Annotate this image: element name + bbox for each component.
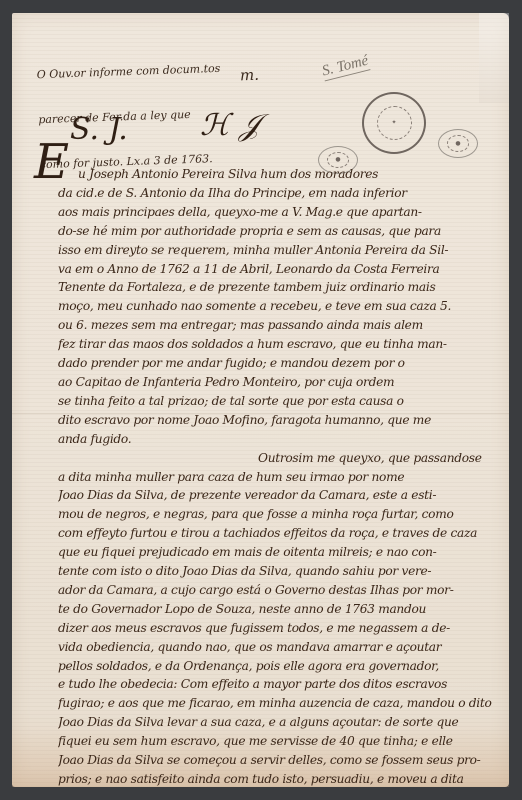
body-line: anda fugido. [58, 430, 508, 449]
body-line: mou de negros, e negras, para que fosse … [58, 505, 508, 524]
margin-note-line: parecer de Fer.da a ley que [38, 106, 222, 127]
body-line: que eu fiquei prejudicado em mais de oit… [58, 543, 508, 562]
body-line: ao Capitao de Infanteria Pedro Monteiro,… [58, 373, 508, 392]
body-line: Joao Dias da Silva se começou a servir d… [58, 751, 508, 770]
body-line: Joao Dias da Silva, de prezente vereador… [58, 486, 508, 505]
body-line: dado prender por me andar fugido; e mand… [58, 354, 508, 373]
stamp-emblem-icon: ● [447, 135, 470, 152]
body-line: va em o Anno de 1762 a 11 de Abril, Leon… [58, 260, 508, 279]
body-line: fugirao; e aos que me ficarao, em minha … [58, 694, 508, 713]
stamp-emblem-icon: ✦ [377, 106, 412, 140]
body-line: ador da Camara, a cujo cargo está o Gove… [58, 581, 508, 600]
body-line: Tenente da Fortaleza, e de prezente tamb… [58, 278, 508, 297]
body-line: fiquei eu sem hum escravo, que me servis… [58, 732, 508, 751]
body-line: isso em direyto se requerem, minha mulle… [58, 241, 508, 260]
margin-number: m. [240, 68, 260, 84]
body-line: do-se hé mim por authoridade propria e s… [58, 222, 508, 241]
heading-flourish-text: S. J. [70, 112, 128, 147]
body-line: te do Governador Lopo de Souza, neste an… [58, 600, 508, 619]
page-corner-fold [479, 13, 509, 103]
body-line: Joao Dias da Silva levar a sua caza, e a… [58, 713, 508, 732]
body-line: com effeyto furtou e tirou a tachiados e… [58, 524, 508, 543]
petition-body: u Joseph Antonio Pereira Silva hum dos m… [58, 165, 508, 789]
body-line: dito escravo por nome Joao Mofino, farag… [58, 411, 508, 430]
body-line: aos mais principaes della, queyxo-me a V… [58, 203, 508, 222]
body-line: se tinha feito a tal prizao; de tal sort… [58, 392, 508, 411]
body-line: fez tirar das maos dos soldados a hum es… [58, 335, 508, 354]
margin-note-line: O Ouv.or informe com docum.tos [36, 61, 220, 82]
body-line: ou 6. mezes sem ma entregar; mas passand… [58, 316, 508, 335]
body-line: da cid.e de S. Antonio da Ilha do Princi… [58, 184, 508, 203]
body-line: tente com isto o dito Joao Dias da Silva… [58, 562, 508, 581]
body-line: a dita minha muller para caza de hum seu… [58, 468, 508, 487]
body-line: vida obediencia, quando nao, que os mand… [58, 638, 508, 657]
signature-flourish: ℋ 𝒥 [200, 108, 260, 143]
body-line: e tudo lhe obedecia: Com effeito a mayor… [58, 675, 508, 694]
body-line: moço, meu cunhado nao somente a recebeu,… [58, 297, 508, 316]
body-line: dizer aos meus escravos que fugissem tod… [58, 619, 508, 638]
library-stamp-large: ✦ [362, 92, 426, 154]
heading-flourish: S. J. [70, 112, 128, 147]
body-line: pellos soldados, e da Ordenança, pois el… [58, 657, 508, 676]
body-line: prios; e nao satisfeito ainda com tudo i… [58, 770, 508, 789]
library-stamp-small: ● [438, 129, 478, 158]
body-line: Outrosim me queyxo, que passandose [58, 449, 508, 468]
body-line: u Joseph Antonio Pereira Silva hum dos m… [58, 165, 508, 184]
